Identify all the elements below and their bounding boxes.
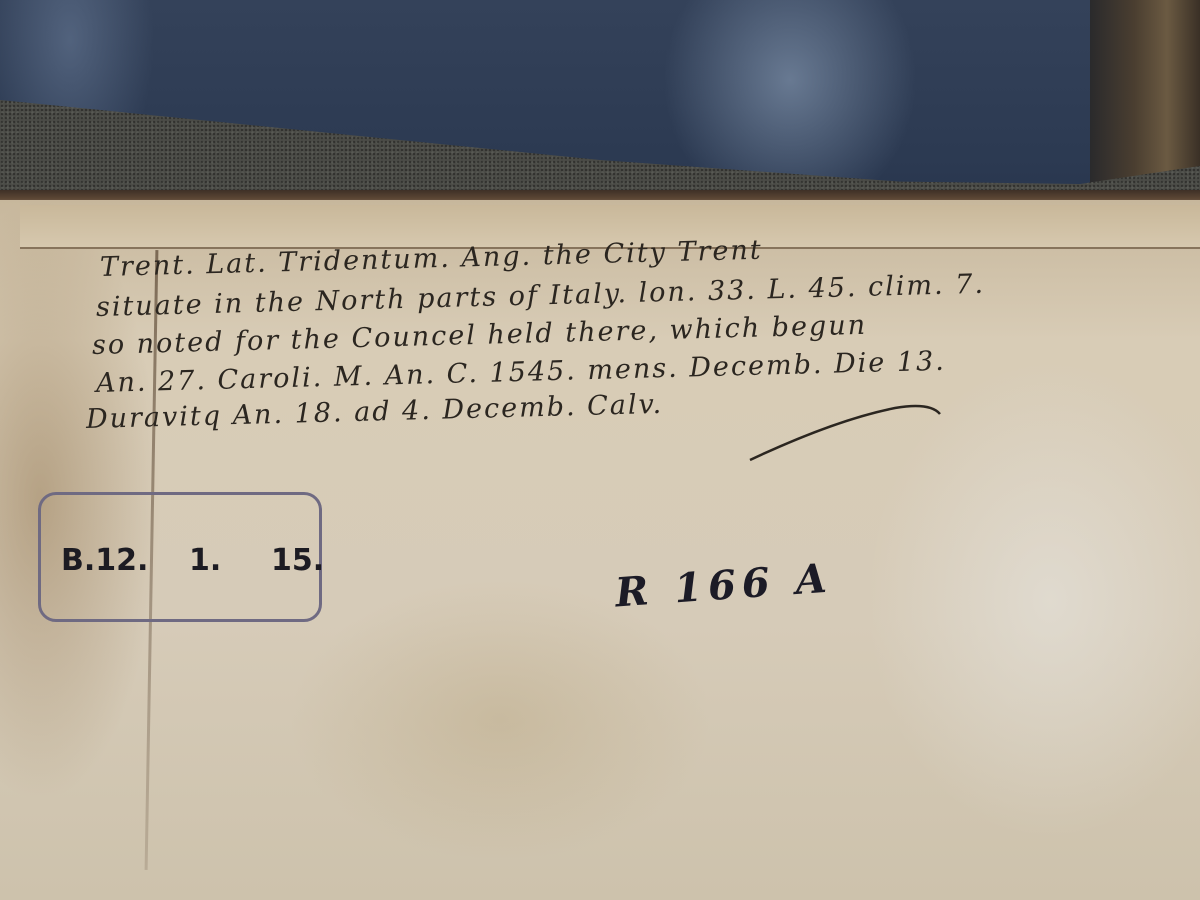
signature-flourish-icon [745,400,945,470]
shelfmark-stamp: B.12. 1. 15. [38,492,322,622]
stamp-number: 15. [271,543,324,578]
stamp-press: B.12. [61,543,148,578]
stamp-shelf: 1. [189,543,221,578]
